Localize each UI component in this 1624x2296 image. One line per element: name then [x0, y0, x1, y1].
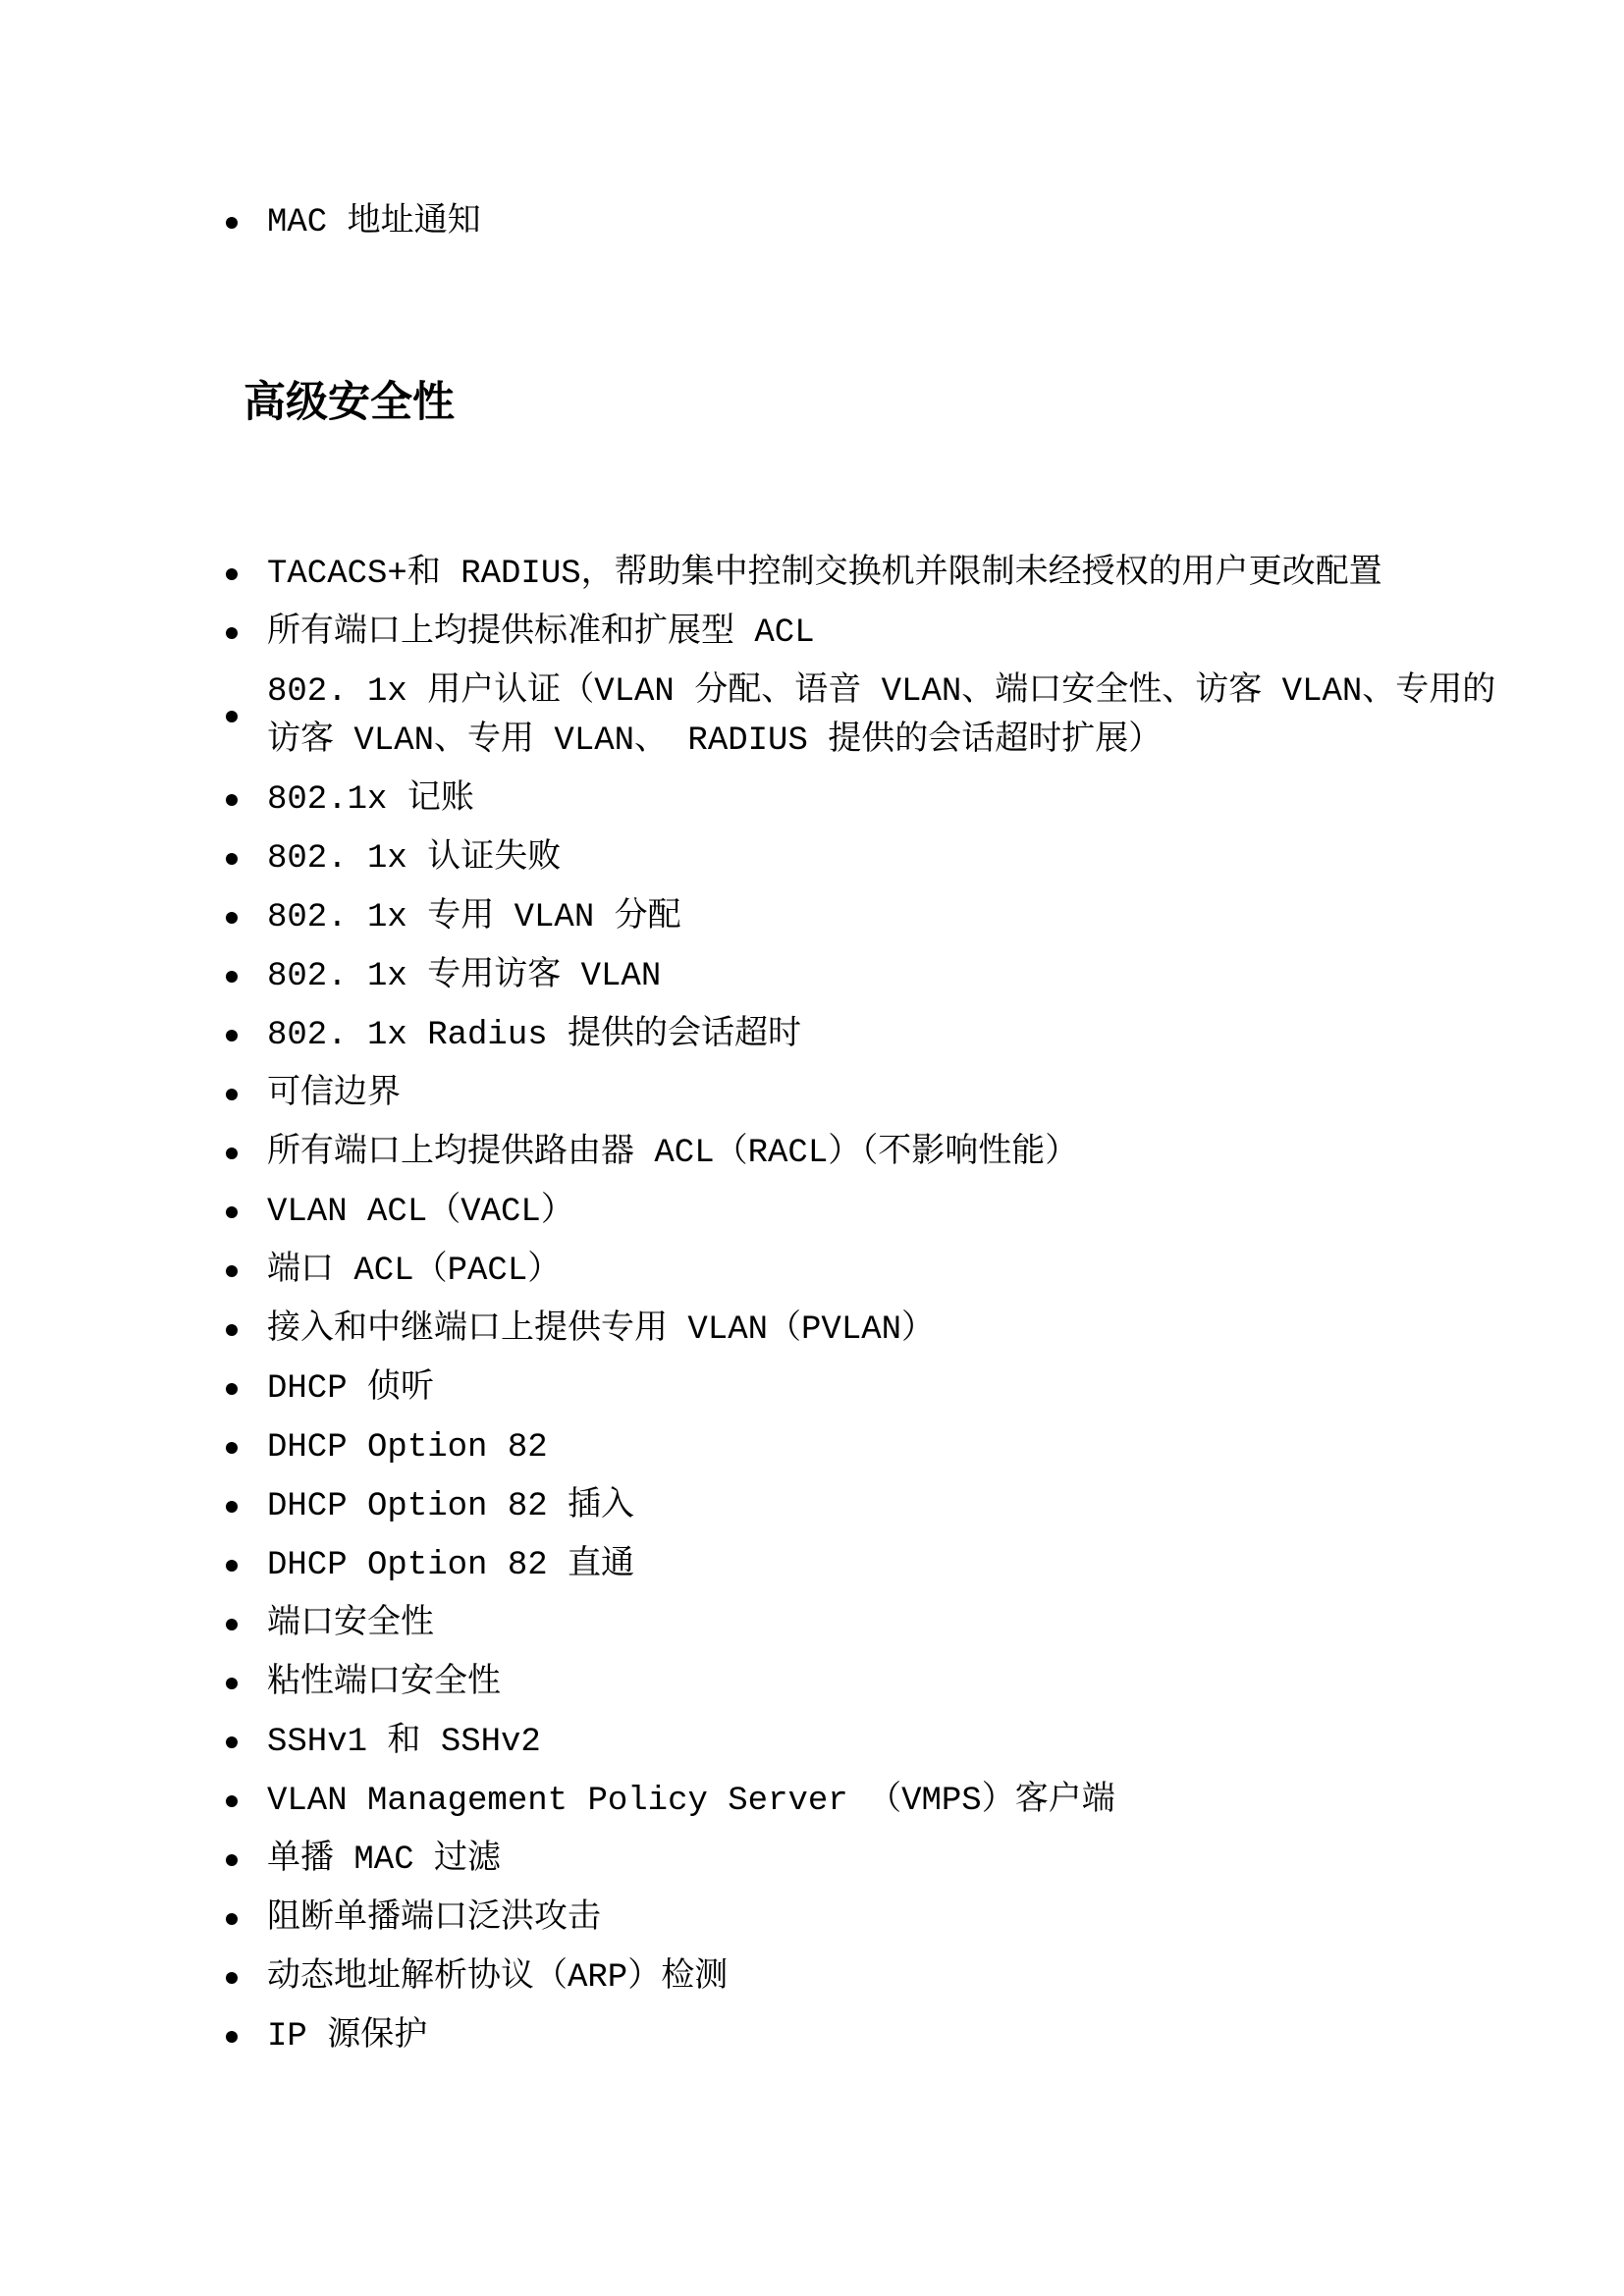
- list-item-text: DHCP 侦听: [267, 1364, 434, 1414]
- list-item: VLAN Management Policy Server （VMPS）客户端: [0, 1772, 1624, 1831]
- bullet-icon: [226, 1972, 238, 1984]
- bullet-icon: [226, 568, 238, 580]
- bullet-icon: [226, 1089, 238, 1100]
- list-item-text: VLAN ACL（VACL）: [267, 1188, 574, 1237]
- bullet-icon: [226, 1383, 238, 1395]
- list-item: 端口安全性: [0, 1595, 1624, 1654]
- bullet-icon: [226, 853, 238, 865]
- list-item: 802. 1x 专用 VLAN 分配: [0, 888, 1624, 947]
- bullet-icon: [226, 1736, 238, 1748]
- list-item: 所有端口上均提供路由器 ACL（RACL）（不影响性能）: [0, 1124, 1624, 1183]
- list-item-text: MAC 地址通知: [267, 198, 481, 247]
- list-item: TACACS+和 RADIUS，帮助集中控制交换机并限制未经授权的用户更改配置: [0, 545, 1624, 604]
- bullet-icon: [226, 912, 238, 924]
- list-item: 所有端口上均提供标准和扩展型 ACL: [0, 604, 1624, 663]
- bullet-icon: [226, 1206, 238, 1218]
- bullet-icon: [226, 1265, 238, 1277]
- bullet-icon: [226, 1560, 238, 1572]
- list-item-text: DHCP Option 82 直通: [267, 1541, 634, 1590]
- list-item-text: DHCP Option 82: [267, 1423, 548, 1472]
- list-item: 可信边界: [0, 1065, 1624, 1124]
- list-item-text: 802. 1x 专用访客 VLAN: [267, 952, 661, 1001]
- list-item: 阻断单播端口泛洪攻击: [0, 1890, 1624, 1949]
- list-item: 粘性端口安全性: [0, 1654, 1624, 1713]
- bullet-icon: [226, 1854, 238, 1866]
- document-page: MAC 地址通知 高级安全性 TACACS+和 RADIUS，帮助集中控制交换机…: [0, 0, 1624, 2296]
- bullet-icon: [226, 1501, 238, 1513]
- list-item: IP 源保护: [0, 2007, 1624, 2066]
- list-item: 802. 1x 专用访客 VLAN: [0, 947, 1624, 1006]
- bullet-icon: [226, 1324, 238, 1336]
- list-item-text: 802.1x 记账: [267, 775, 474, 825]
- list-item: 动态地址解析协议（ARP）检测: [0, 1949, 1624, 2007]
- list-item-text: IP 源保护: [267, 2012, 427, 2061]
- list-item: 802.1x 记账: [0, 771, 1624, 829]
- list-item-text: 单播 MAC 过滤: [267, 1836, 501, 1885]
- list-item-text: VLAN Management Policy Server （VMPS）客户端: [267, 1777, 1115, 1826]
- bullet-icon: [226, 1795, 238, 1807]
- list-item: DHCP Option 82 直通: [0, 1536, 1624, 1595]
- list-item: 802. 1x Radius 提供的会话超时: [0, 1006, 1624, 1065]
- list-item-text: 802. 1x 专用 VLAN 分配: [267, 893, 681, 942]
- section-heading: 高级安全性: [244, 376, 455, 429]
- bullet-icon: [226, 1442, 238, 1454]
- list-item: SSHv1 和 SSHv2: [0, 1713, 1624, 1772]
- list-item: 802. 1x 认证失败: [0, 829, 1624, 888]
- list-item-text: 802. 1x 用户认证（VLAN 分配、语音 VLAN、端口安全性、访客 VL…: [267, 667, 1495, 766]
- list-item-text: 所有端口上均提供路由器 ACL（RACL）（不影响性能）: [267, 1129, 1078, 1178]
- list-item-text: 802. 1x 认证失败: [267, 834, 561, 883]
- bullet-icon: [226, 1913, 238, 1925]
- feature-list: TACACS+和 RADIUS，帮助集中控制交换机并限制未经授权的用户更改配置 …: [0, 545, 1624, 2066]
- list-item-text: 动态地址解析协议（ARP）检测: [267, 1953, 728, 2002]
- list-item: DHCP Option 82 插入: [0, 1477, 1624, 1536]
- list-item-text: SSHv1 和 SSHv2: [267, 1718, 541, 1767]
- bullet-icon: [226, 1619, 238, 1630]
- list-item-text: DHCP Option 82 插入: [267, 1482, 634, 1531]
- bullet-icon: [226, 794, 238, 806]
- list-item-text: 802. 1x Radius 提供的会话超时: [267, 1011, 801, 1060]
- bullet-icon: [226, 627, 238, 639]
- list-item: 单播 MAC 过滤: [0, 1831, 1624, 1890]
- list-item-text: 阻断单播端口泛洪攻击: [267, 1895, 601, 1944]
- list-item: DHCP Option 82: [0, 1418, 1624, 1477]
- bullet-icon: [226, 217, 238, 229]
- list-item: 802. 1x 用户认证（VLAN 分配、语音 VLAN、端口安全性、访客 VL…: [0, 663, 1624, 771]
- list-item-text: 端口 ACL（PACL）: [267, 1247, 561, 1296]
- list-item-text: 接入和中继端口上提供专用 VLAN（PVLAN）: [267, 1306, 935, 1355]
- bullet-icon: [226, 2031, 238, 2043]
- list-item-text: 端口安全性: [267, 1600, 434, 1649]
- bullet-icon: [226, 1030, 238, 1041]
- bullet-icon: [226, 711, 238, 722]
- list-item: 接入和中继端口上提供专用 VLAN（PVLAN）: [0, 1301, 1624, 1360]
- bullet-icon: [226, 971, 238, 983]
- list-item-text: TACACS+和 RADIUS，帮助集中控制交换机并限制未经授权的用户更改配置: [267, 550, 1382, 599]
- list-item: MAC 地址通知: [0, 193, 1624, 252]
- bullet-icon: [226, 1148, 238, 1159]
- list-item: 端口 ACL（PACL）: [0, 1242, 1624, 1301]
- bullet-icon: [226, 1678, 238, 1689]
- list-item-text: 可信边界: [267, 1070, 401, 1119]
- list-item-text: 所有端口上均提供标准和扩展型 ACL: [267, 609, 815, 658]
- list-item: VLAN ACL（VACL）: [0, 1183, 1624, 1242]
- list-item: DHCP 侦听: [0, 1360, 1624, 1418]
- list-item-text: 粘性端口安全性: [267, 1659, 501, 1708]
